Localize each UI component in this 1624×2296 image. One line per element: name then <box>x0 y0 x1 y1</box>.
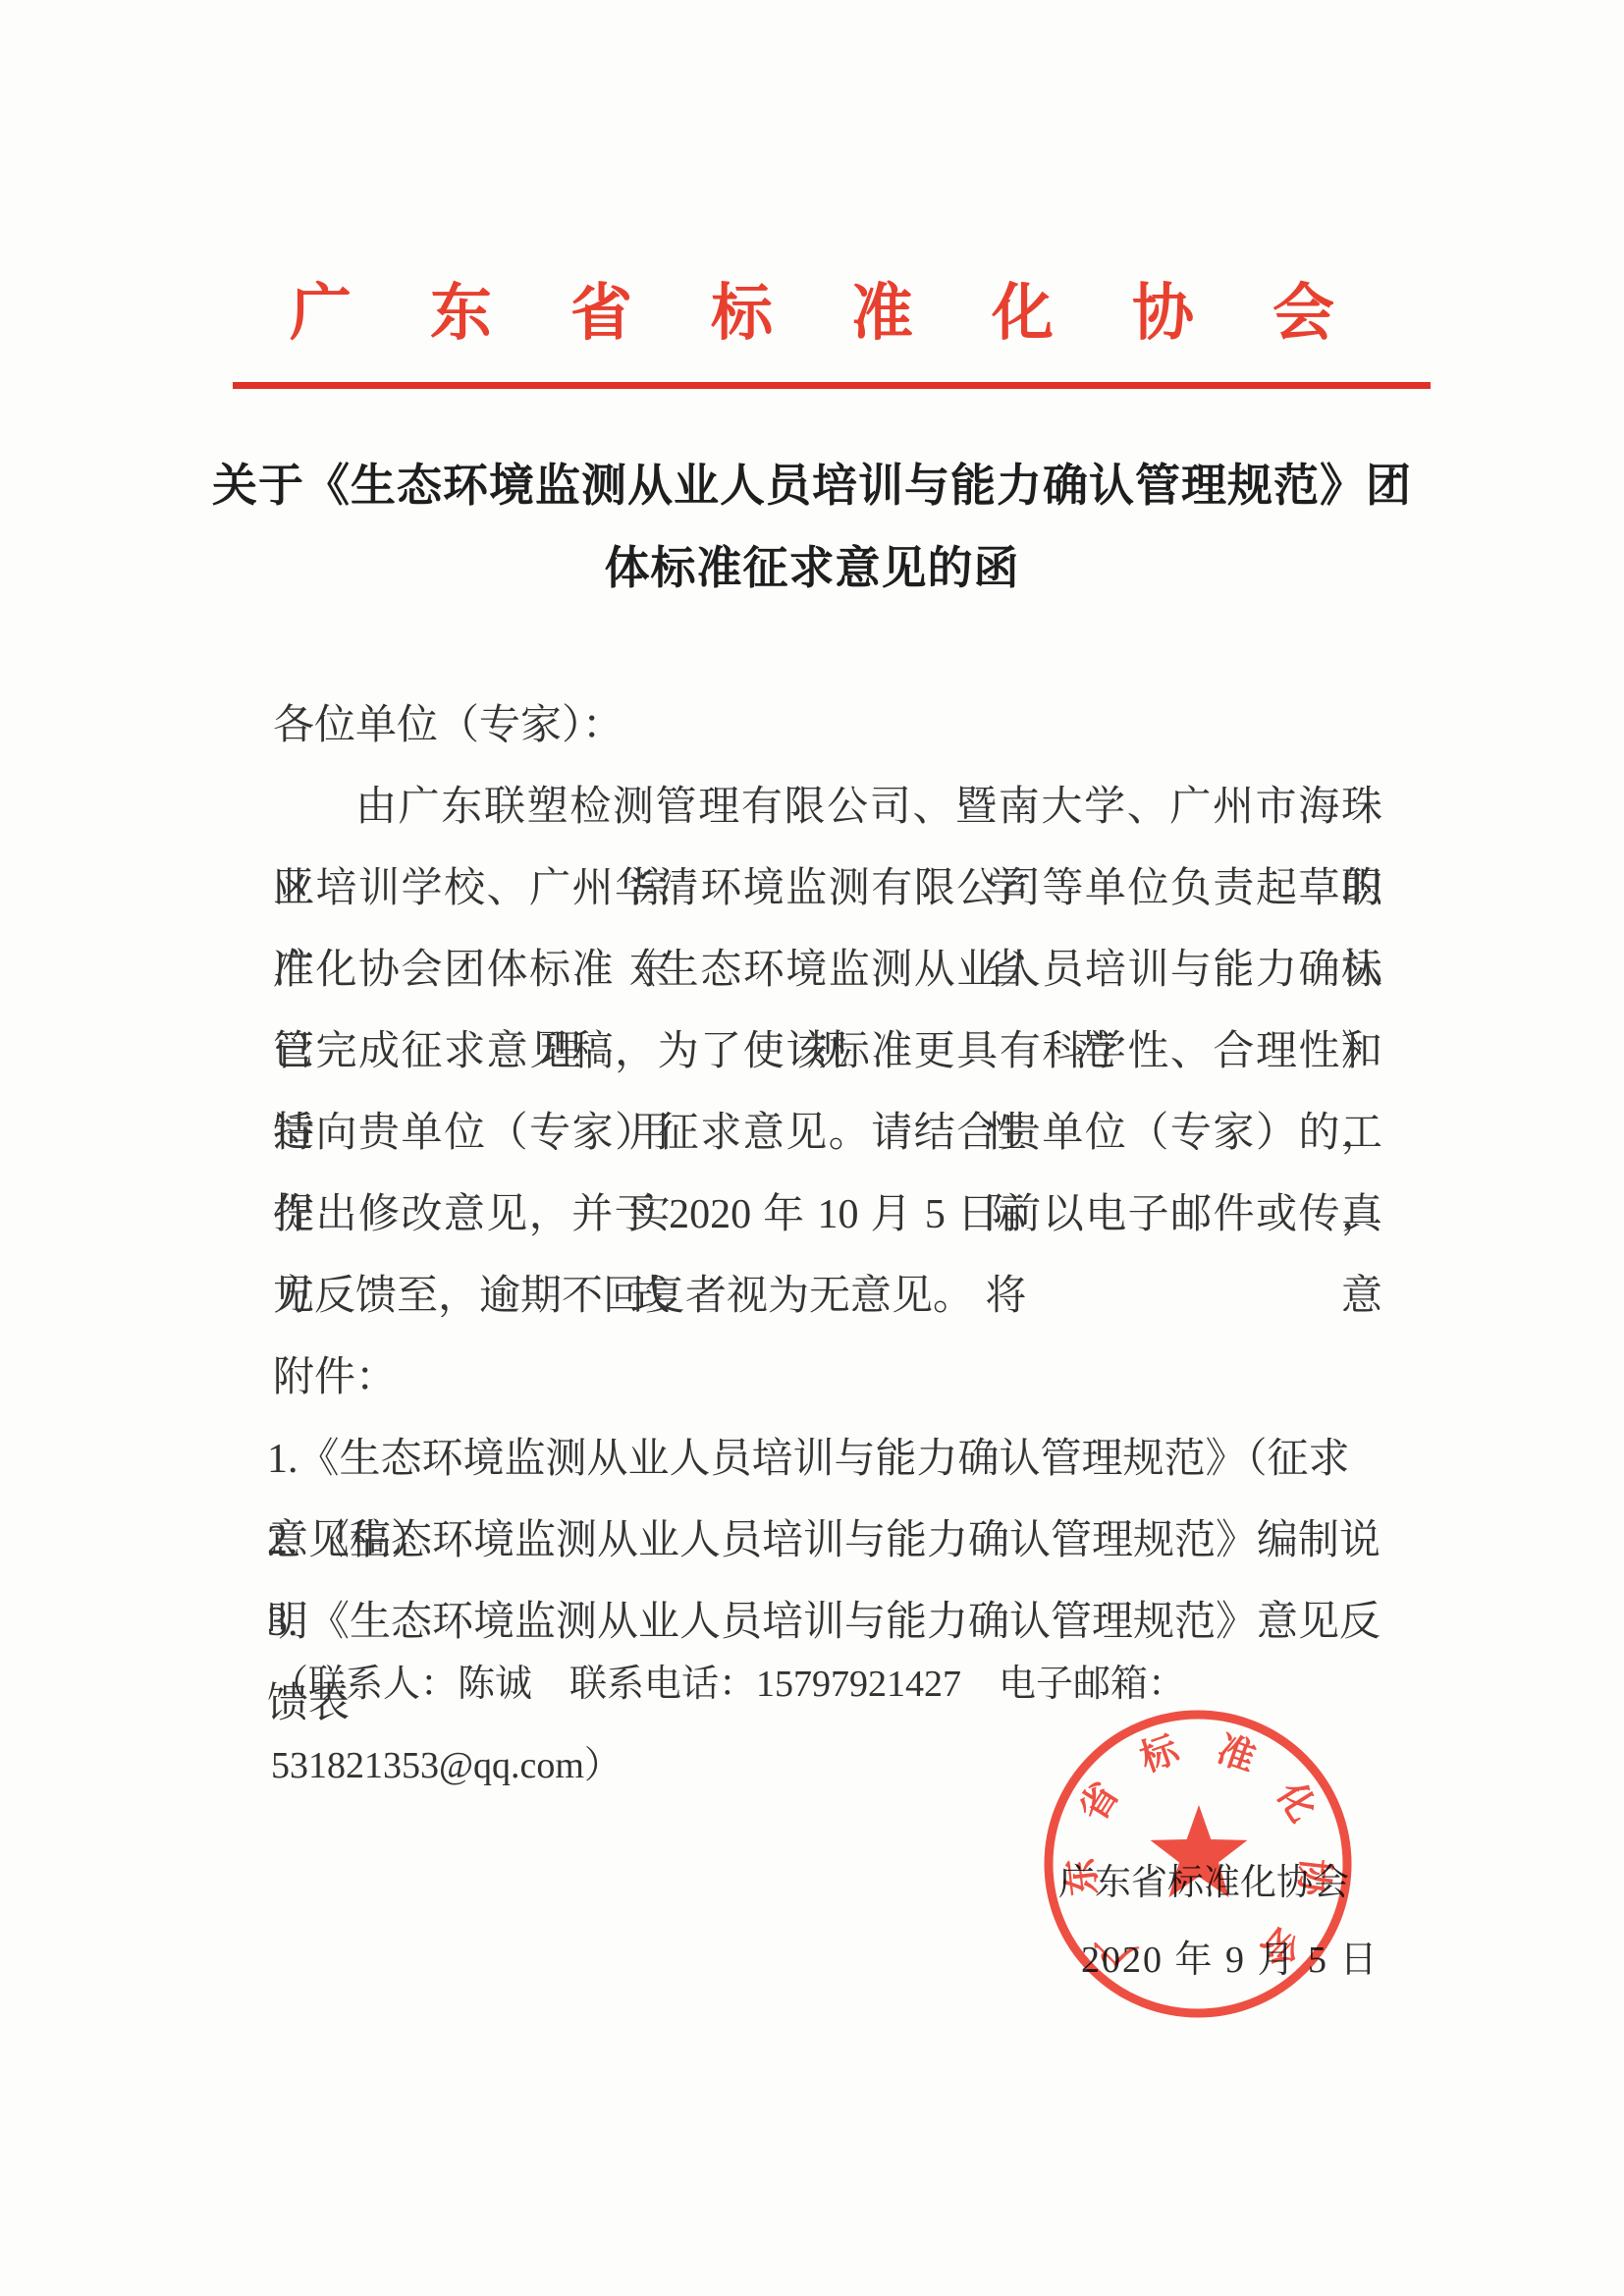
letter-body: 各位单位（专家）： 由广东联塑检测管理有限公司、暨南大学、广州市海珠区淙学职 业… <box>273 685 1382 1725</box>
seal-arc-char: 东 <box>1060 1856 1106 1897</box>
letterhead-org-name: 广东省标准化协会 <box>0 263 1624 353</box>
letter-page: 广东省标准化协会 关于《生态环境监测从业人员培训与能力确认管理规范》团 体标准征… <box>0 0 1624 2296</box>
attachments-label: 附件： <box>273 1338 1382 1419</box>
body-line: 准化协会团体标准《生态环境监测从业人员培训与能力确认管理规范》 <box>273 930 1382 1011</box>
document-title: 关于《生态环境监测从业人员培训与能力确认管理规范》团 体标准征求意见的函 <box>0 444 1624 609</box>
body-line: 业培训学校、广州华清环境监测有限公司等单位负责起草的广东省标 <box>273 848 1382 930</box>
body-line: 特向贵单位（专家）征求意见。请结合贵单位（专家）的工作实际， <box>273 1093 1382 1175</box>
seal-arc-char: 标 <box>1135 1728 1186 1780</box>
seal-arc-char: 协 <box>1290 1856 1335 1899</box>
seal-arc-char: 广 <box>1088 1918 1144 1974</box>
letterhead-rule <box>233 382 1431 389</box>
attachment-item-2: 2. 《生态环境监测从业人员培训与能力确认管理规范》编制说明 <box>267 1501 1382 1582</box>
seal-arc-char: 省 <box>1072 1776 1127 1830</box>
seal-arc-char: 准 <box>1212 1728 1261 1779</box>
seal-star-icon <box>1151 1805 1248 1897</box>
official-seal: 广 东 省 标 准 化 协 会 <box>1031 1697 1365 2031</box>
body-line: 提出修改意见，并于 2020 年 10 月 5 日前以电子邮件或传真方式将意 <box>273 1175 1382 1256</box>
seal-arc-char: 化 <box>1268 1775 1323 1829</box>
seal-arc-char: 会 <box>1252 1918 1308 1974</box>
document-title-line-1: 关于《生态环境监测从业人员培训与能力确认管理规范》团 <box>0 444 1624 526</box>
body-line: 由广东联塑检测管理有限公司、暨南大学、广州市海珠区淙学职 <box>273 767 1382 848</box>
document-title-line-2: 体标准征求意见的函 <box>0 526 1624 609</box>
salutation: 各位单位（专家）： <box>273 685 1382 767</box>
attachment-item-1: 1.《生态环境监测从业人员培训与能力确认管理规范》（征求意见稿） <box>267 1419 1382 1501</box>
body-line: 已完成征求意见稿，为了使该标准更具有科学性、合理性和适用性， <box>273 1011 1382 1093</box>
